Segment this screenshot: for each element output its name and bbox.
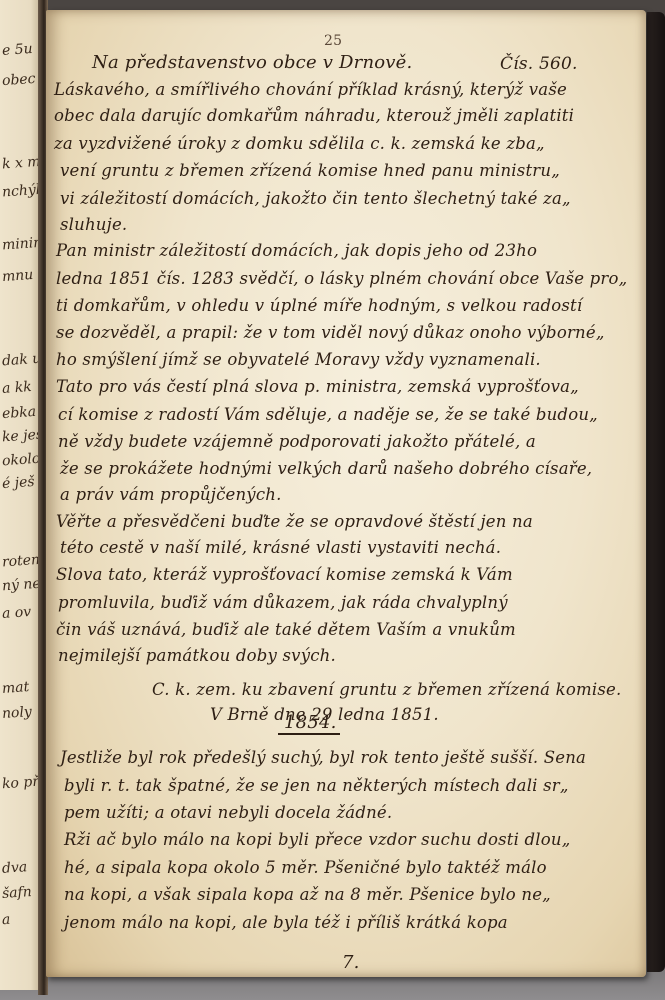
manuscript-line: pem užíti; a otavi nebyli docela žádné. bbox=[64, 805, 392, 822]
manuscript-line: vení gruntu z břemen zřízená komise hned… bbox=[60, 163, 560, 180]
left-page-fragment: mnu bbox=[1, 267, 33, 285]
manuscript-line: jenom málo na kopi, ale byla též i příli… bbox=[64, 915, 508, 932]
manuscript-line: čin váš uznává, buďiž ale také dětem Vaš… bbox=[56, 622, 516, 639]
left-page-fragment: dak u bbox=[1, 351, 41, 370]
left-page-fragment: a ov bbox=[1, 604, 31, 622]
left-page-fragment: šafn bbox=[1, 884, 32, 902]
footer-mark: 7. bbox=[342, 954, 360, 972]
left-page-fragment: obec bbox=[1, 71, 36, 89]
manuscript-line: Tato pro vás čestí plná slova p. ministr… bbox=[56, 379, 579, 396]
manuscript-line: Slova tato, kteráž vyprošťovací komise z… bbox=[56, 567, 513, 584]
manuscript-page: 25 Na představenstvo obce v Drnově. Čís.… bbox=[46, 10, 646, 977]
manuscript-line: vi záležitostí domácích, jakožto čin ten… bbox=[60, 191, 571, 208]
manuscript-line: a práv vám propůjčených. bbox=[60, 487, 282, 504]
year-heading: 1854. bbox=[284, 714, 337, 732]
page-number: 25 bbox=[324, 34, 342, 48]
manuscript-line: Láskavého, a smířlivého chování příklad … bbox=[54, 82, 567, 99]
manuscript-line: byli r. t. tak špatné, že se jen na někt… bbox=[64, 778, 569, 795]
manuscript-line: na kopi, a však sipala kopa až na 8 měr.… bbox=[64, 887, 551, 904]
reference-number: Čís. 560. bbox=[500, 56, 578, 73]
manuscript-line: obec dala darujíc domkařům náhradu, kter… bbox=[54, 108, 574, 125]
manuscript-line: Pan ministr záležitostí domácích, jak do… bbox=[56, 243, 537, 260]
manuscript-line: nejmilejší památkou doby svých. bbox=[58, 648, 336, 665]
manuscript-line: ti domkařům, v ohledu v úplné míře hodný… bbox=[56, 298, 582, 315]
manuscript-line: za vyzdvižené úroky z domku sdělila c. k… bbox=[54, 136, 545, 153]
left-page-fragment: é ješ bbox=[1, 474, 35, 492]
left-page-fragment: okolo bbox=[1, 451, 40, 470]
manuscript-line: cí komise z radostí Vám sděluje, a naděj… bbox=[58, 407, 598, 424]
signature-line: C. k. zem. ku zbavení gruntu z břemen zř… bbox=[152, 682, 621, 699]
left-page-fragment: a kk bbox=[1, 379, 32, 397]
letter-heading: Na představenstvo obce v Drnově. bbox=[92, 54, 412, 72]
manuscript-line: že se prokážete hodnými velkých darů naš… bbox=[60, 461, 592, 478]
left-page-fragment: ko př bbox=[1, 774, 39, 793]
left-page-fragment: ebka bbox=[1, 404, 36, 422]
book-cover-edge bbox=[647, 12, 665, 972]
manuscript-line: ně vždy budete vzájemně podporovati jako… bbox=[58, 434, 536, 451]
left-page-fragment: e 5u bbox=[1, 41, 33, 59]
manuscript-line: Věřte a přesvědčeni buďte že se opravdov… bbox=[56, 514, 533, 531]
manuscript-line: Jestliže byl rok předešlý suchý, byl rok… bbox=[60, 750, 586, 767]
left-page-fragment: mat bbox=[1, 679, 29, 697]
manuscript-line: hé, a sipala kopa okolo 5 měr. Pšeničné … bbox=[64, 860, 547, 877]
manuscript-line: sluhuje. bbox=[60, 217, 127, 234]
manuscript-line: této cestě v naší milé, krásné vlasti vy… bbox=[60, 540, 501, 557]
left-page-fragment: a bbox=[1, 912, 10, 929]
left-page-fragment: noly bbox=[1, 704, 32, 722]
manuscript-line: ho smýšlení jímž se obyvatelé Moravy vžd… bbox=[56, 352, 541, 369]
left-page-fragment: dva bbox=[1, 859, 27, 877]
manuscript-line: promluvila, buďiž vám důkazem, jak ráda … bbox=[58, 595, 508, 612]
manuscript-line: Rži ač bylo málo na kopi byli přece vzdo… bbox=[64, 832, 570, 849]
manuscript-line: se dozvěděl, a prapil: že v tom viděl no… bbox=[56, 325, 605, 342]
year-heading-underline bbox=[278, 733, 340, 735]
manuscript-line: ledna 1851 čís. 1283 svědčí, o lásky pln… bbox=[56, 271, 627, 288]
left-page-fragment: ný ne bbox=[1, 576, 41, 595]
